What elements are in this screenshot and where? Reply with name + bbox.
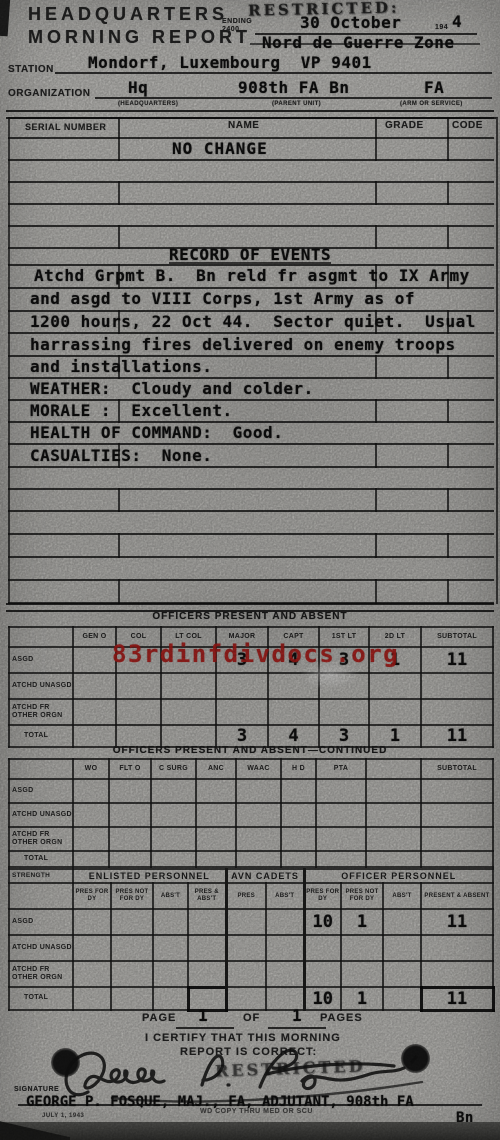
scan-bottom-band bbox=[0, 1122, 500, 1140]
cell bbox=[266, 961, 304, 987]
scan-edge-mark bbox=[0, 0, 10, 36]
cell bbox=[421, 673, 493, 699]
cell bbox=[268, 673, 319, 699]
cell bbox=[73, 647, 116, 673]
cell bbox=[236, 851, 281, 867]
cell bbox=[421, 935, 493, 961]
events-title: RECORD OF EVENTS bbox=[169, 247, 331, 264]
officers-cont-col: WO bbox=[73, 759, 109, 779]
cell bbox=[73, 779, 109, 803]
cell bbox=[304, 961, 341, 987]
cell bbox=[366, 851, 421, 867]
cell bbox=[151, 851, 196, 867]
blank-row bbox=[8, 466, 494, 490]
group-officer: OFFICER PERSONNEL bbox=[304, 869, 493, 883]
cell: 10 bbox=[304, 909, 341, 935]
officer-col: PRES FOR DY bbox=[304, 883, 341, 909]
officers-cont-col: SUBTOTAL bbox=[421, 759, 493, 779]
cell bbox=[111, 961, 153, 987]
org-sub-parent: (PARENT UNIT) bbox=[272, 101, 321, 107]
form-date: JULY 1, 1943 bbox=[42, 1113, 84, 1119]
events-line: Atchd Grpmt B. Bn reld fr asgmt to IX Ar… bbox=[34, 266, 470, 285]
cell bbox=[196, 851, 236, 867]
scan-corner-cut bbox=[0, 1106, 70, 1140]
blank-row bbox=[8, 510, 494, 535]
cell bbox=[196, 779, 236, 803]
copy-note: WD COPY THRU MED OR SCU bbox=[200, 1108, 313, 1115]
roster-row bbox=[8, 203, 494, 227]
officer-col: PRESENT & ABSENT bbox=[421, 883, 493, 909]
org-unit-entry: Hq bbox=[128, 78, 148, 97]
cell bbox=[316, 803, 366, 827]
cell bbox=[216, 699, 268, 725]
cell bbox=[73, 803, 109, 827]
events-line: HEALTH OF COMMAND: Good. bbox=[30, 423, 283, 442]
row-label: ATCHD FR OTHER ORGN bbox=[9, 961, 73, 987]
signature-label: SIGNATURE bbox=[14, 1086, 59, 1093]
officer-col: PRES NOT FOR DY bbox=[341, 883, 383, 909]
blank-row bbox=[8, 488, 494, 512]
cell bbox=[383, 909, 421, 935]
cell bbox=[73, 673, 116, 699]
cell bbox=[161, 725, 216, 747]
org-rule bbox=[95, 97, 492, 99]
of-label: OF bbox=[243, 1012, 260, 1024]
station-entry: Mondorf, Luxembourg VP 9401 bbox=[88, 53, 372, 72]
cell: 1 bbox=[341, 987, 383, 1010]
row-label: ATCHD UNASGD bbox=[9, 935, 73, 961]
ending-label: ENDING bbox=[222, 18, 252, 25]
cell bbox=[153, 987, 188, 1010]
cell bbox=[369, 673, 421, 699]
row-label: ATCHD UNASGD bbox=[9, 803, 73, 827]
page-rule bbox=[176, 1027, 234, 1029]
row-label: ATCHD FR OTHER ORGN bbox=[9, 699, 73, 725]
officers-table-title: OFFICERS PRESENT AND ABSENT bbox=[8, 611, 492, 622]
cell bbox=[216, 673, 268, 699]
cell bbox=[73, 827, 109, 851]
cell bbox=[73, 935, 111, 961]
officers-cont-col: WAAC bbox=[236, 759, 281, 779]
cell bbox=[109, 851, 151, 867]
cell bbox=[116, 699, 161, 725]
cell bbox=[226, 961, 266, 987]
officers-cont-col: ANC bbox=[196, 759, 236, 779]
cell bbox=[9, 883, 73, 909]
group-enlisted: ENLISTED PERSONNEL bbox=[73, 869, 226, 883]
year-typed: 4 bbox=[452, 12, 462, 31]
cadet-col: PRES bbox=[226, 883, 266, 909]
cell bbox=[196, 827, 236, 851]
cell bbox=[341, 961, 383, 987]
cell bbox=[9, 627, 73, 647]
cell bbox=[153, 909, 188, 935]
report-date: 30 October bbox=[300, 13, 401, 32]
zone-rule bbox=[250, 43, 480, 45]
organization-label: ORGANIZATION bbox=[8, 88, 90, 99]
cell bbox=[383, 935, 421, 961]
cell bbox=[266, 909, 304, 935]
col-name: NAME bbox=[228, 120, 259, 131]
officers-cont-col bbox=[366, 759, 421, 779]
form-title-line2: MORNING REPORT bbox=[28, 27, 251, 48]
col-grade: GRADE bbox=[385, 120, 424, 131]
cell bbox=[188, 935, 226, 961]
officers-cont-col: PTA bbox=[316, 759, 366, 779]
cell bbox=[116, 673, 161, 699]
events-line: 1200 hours, 22 Oct 44. Sector quiet. Usu… bbox=[30, 312, 476, 331]
row-label: ASGD bbox=[9, 779, 73, 803]
cell bbox=[266, 935, 304, 961]
row-label: TOTAL bbox=[9, 725, 73, 747]
station-rule bbox=[55, 72, 492, 74]
cell bbox=[151, 827, 196, 851]
row-label: ASGD bbox=[9, 647, 73, 673]
cell: 1 bbox=[369, 725, 421, 747]
pages-label: PAGES bbox=[320, 1012, 363, 1024]
events-line: and asgd to VIII Corps, 1st Army as of bbox=[30, 289, 415, 308]
year-printed: 194 bbox=[435, 24, 448, 31]
cell bbox=[341, 935, 383, 961]
blank-row bbox=[8, 556, 494, 581]
officer-col: ABS'T bbox=[383, 883, 421, 909]
cell bbox=[366, 827, 421, 851]
cell bbox=[116, 725, 161, 747]
roster-row bbox=[8, 159, 494, 183]
row-label: TOTAL bbox=[9, 987, 73, 1010]
events-line: harrassing fires delivered on enemy troo… bbox=[30, 335, 456, 354]
cadet-col: ABS'T bbox=[266, 883, 304, 909]
cell: 3 bbox=[216, 725, 268, 747]
cell bbox=[281, 827, 316, 851]
cell bbox=[366, 803, 421, 827]
roster-row bbox=[8, 181, 494, 205]
org-sub-headquarters: (HEADQUARTERS) bbox=[118, 101, 178, 107]
cell bbox=[383, 987, 421, 1010]
cell bbox=[196, 803, 236, 827]
cell bbox=[383, 961, 421, 987]
form-title-line1: HEADQUARTERS bbox=[28, 4, 228, 25]
cell bbox=[161, 699, 216, 725]
station-label: STATION bbox=[8, 64, 54, 75]
cell bbox=[421, 851, 493, 867]
enlisted-col: PRES FOR DY bbox=[73, 883, 111, 909]
cell bbox=[73, 699, 116, 725]
officers-continued-table: WO FLT O C SURG ANC WAAC H D PTA SUBTOTA… bbox=[8, 758, 494, 868]
cell bbox=[421, 803, 493, 827]
cell bbox=[281, 779, 316, 803]
cell bbox=[421, 827, 493, 851]
col-serial-number: SERIAL NUMBER bbox=[25, 122, 106, 132]
cell bbox=[236, 827, 281, 851]
cell bbox=[153, 961, 188, 987]
cell: 11 bbox=[421, 987, 493, 1010]
ending-time: 2400 bbox=[222, 26, 240, 33]
pages-value: 1 bbox=[292, 1006, 302, 1025]
cell: 11 bbox=[421, 647, 493, 673]
cell bbox=[281, 803, 316, 827]
cell bbox=[161, 673, 216, 699]
officers-col: GEN O bbox=[73, 627, 116, 647]
enlisted-col: PRES & ABS'T bbox=[188, 883, 226, 909]
col-code: CODE bbox=[452, 120, 483, 131]
cell bbox=[151, 779, 196, 803]
officers-cont-col: H D bbox=[281, 759, 316, 779]
cell bbox=[73, 725, 116, 747]
row-label: ASGD bbox=[9, 909, 73, 935]
blank-row bbox=[8, 533, 494, 558]
blank-row bbox=[8, 579, 494, 604]
cell bbox=[188, 909, 226, 935]
cell: 11 bbox=[421, 909, 493, 935]
strength-label: STRENGTH bbox=[9, 869, 73, 883]
row-label: ATCHD UNASGD bbox=[9, 673, 73, 699]
cell bbox=[109, 779, 151, 803]
officers-cont-col: C SURG bbox=[151, 759, 196, 779]
cell bbox=[226, 935, 266, 961]
cell bbox=[319, 673, 369, 699]
enlisted-col: ABS'T bbox=[153, 883, 188, 909]
cell bbox=[316, 851, 366, 867]
row-label: ATCHD FR OTHER ORGN bbox=[9, 827, 73, 851]
cell bbox=[73, 909, 111, 935]
cell bbox=[421, 699, 493, 725]
cell bbox=[188, 961, 226, 987]
roster-entry: NO CHANGE bbox=[172, 139, 268, 158]
org-parent-entry: 908th FA Bn bbox=[238, 78, 349, 97]
events-line: and installations. bbox=[30, 357, 212, 376]
cell bbox=[316, 827, 366, 851]
page-label: PAGE bbox=[142, 1012, 176, 1024]
cell bbox=[304, 935, 341, 961]
cell bbox=[153, 935, 188, 961]
site-watermark: 83rdinfdivdocs.org bbox=[112, 640, 399, 668]
officers-col: SUBTOTAL bbox=[421, 627, 493, 647]
cell bbox=[226, 987, 266, 1010]
cell: 10 bbox=[304, 987, 341, 1010]
enlisted-col: PRES NOT FOR DY bbox=[111, 883, 153, 909]
cell: 3 bbox=[319, 725, 369, 747]
cell bbox=[73, 961, 111, 987]
org-arm-entry: FA bbox=[424, 78, 444, 97]
cell bbox=[369, 699, 421, 725]
cell bbox=[109, 803, 151, 827]
pages-rule bbox=[268, 1027, 326, 1029]
morning-report-scan: HEADQUARTERS MORNING REPORT RESTRICTED: … bbox=[0, 0, 500, 1140]
cell bbox=[226, 909, 266, 935]
org-sub-arm: (ARM OR SERVICE) bbox=[400, 101, 463, 107]
cell bbox=[366, 779, 421, 803]
cell bbox=[9, 759, 73, 779]
cell bbox=[109, 827, 151, 851]
cell bbox=[421, 779, 493, 803]
cell bbox=[73, 987, 111, 1010]
cell: 4 bbox=[268, 725, 319, 747]
strength-table: STRENGTH ENLISTED PERSONNEL AVN CADETS O… bbox=[8, 868, 495, 1012]
cell bbox=[111, 909, 153, 935]
cell: 11 bbox=[421, 725, 493, 747]
typed-officer-name-cont: Bn bbox=[456, 1110, 474, 1126]
cell: 1 bbox=[341, 909, 383, 935]
cell bbox=[73, 851, 109, 867]
cell bbox=[236, 779, 281, 803]
events-line: MORALE : Excellent. bbox=[30, 401, 233, 420]
officers-cont-col: FLT O bbox=[109, 759, 151, 779]
cell bbox=[111, 987, 153, 1010]
group-cadets: AVN CADETS bbox=[226, 869, 304, 883]
events-line: WEATHER: Cloudy and colder. bbox=[30, 379, 314, 398]
cell bbox=[281, 851, 316, 867]
cell bbox=[268, 699, 319, 725]
cell bbox=[111, 935, 153, 961]
officers-continued-title: OFFICERS PRESENT AND ABSENT—CONTINUED bbox=[8, 745, 492, 756]
page-value: 1 bbox=[198, 1006, 208, 1025]
row-label: TOTAL bbox=[9, 851, 73, 867]
cell bbox=[319, 699, 369, 725]
cell bbox=[151, 803, 196, 827]
cell bbox=[236, 803, 281, 827]
cell bbox=[316, 779, 366, 803]
cell bbox=[421, 961, 493, 987]
events-line: CASUALTIES: None. bbox=[30, 446, 212, 465]
